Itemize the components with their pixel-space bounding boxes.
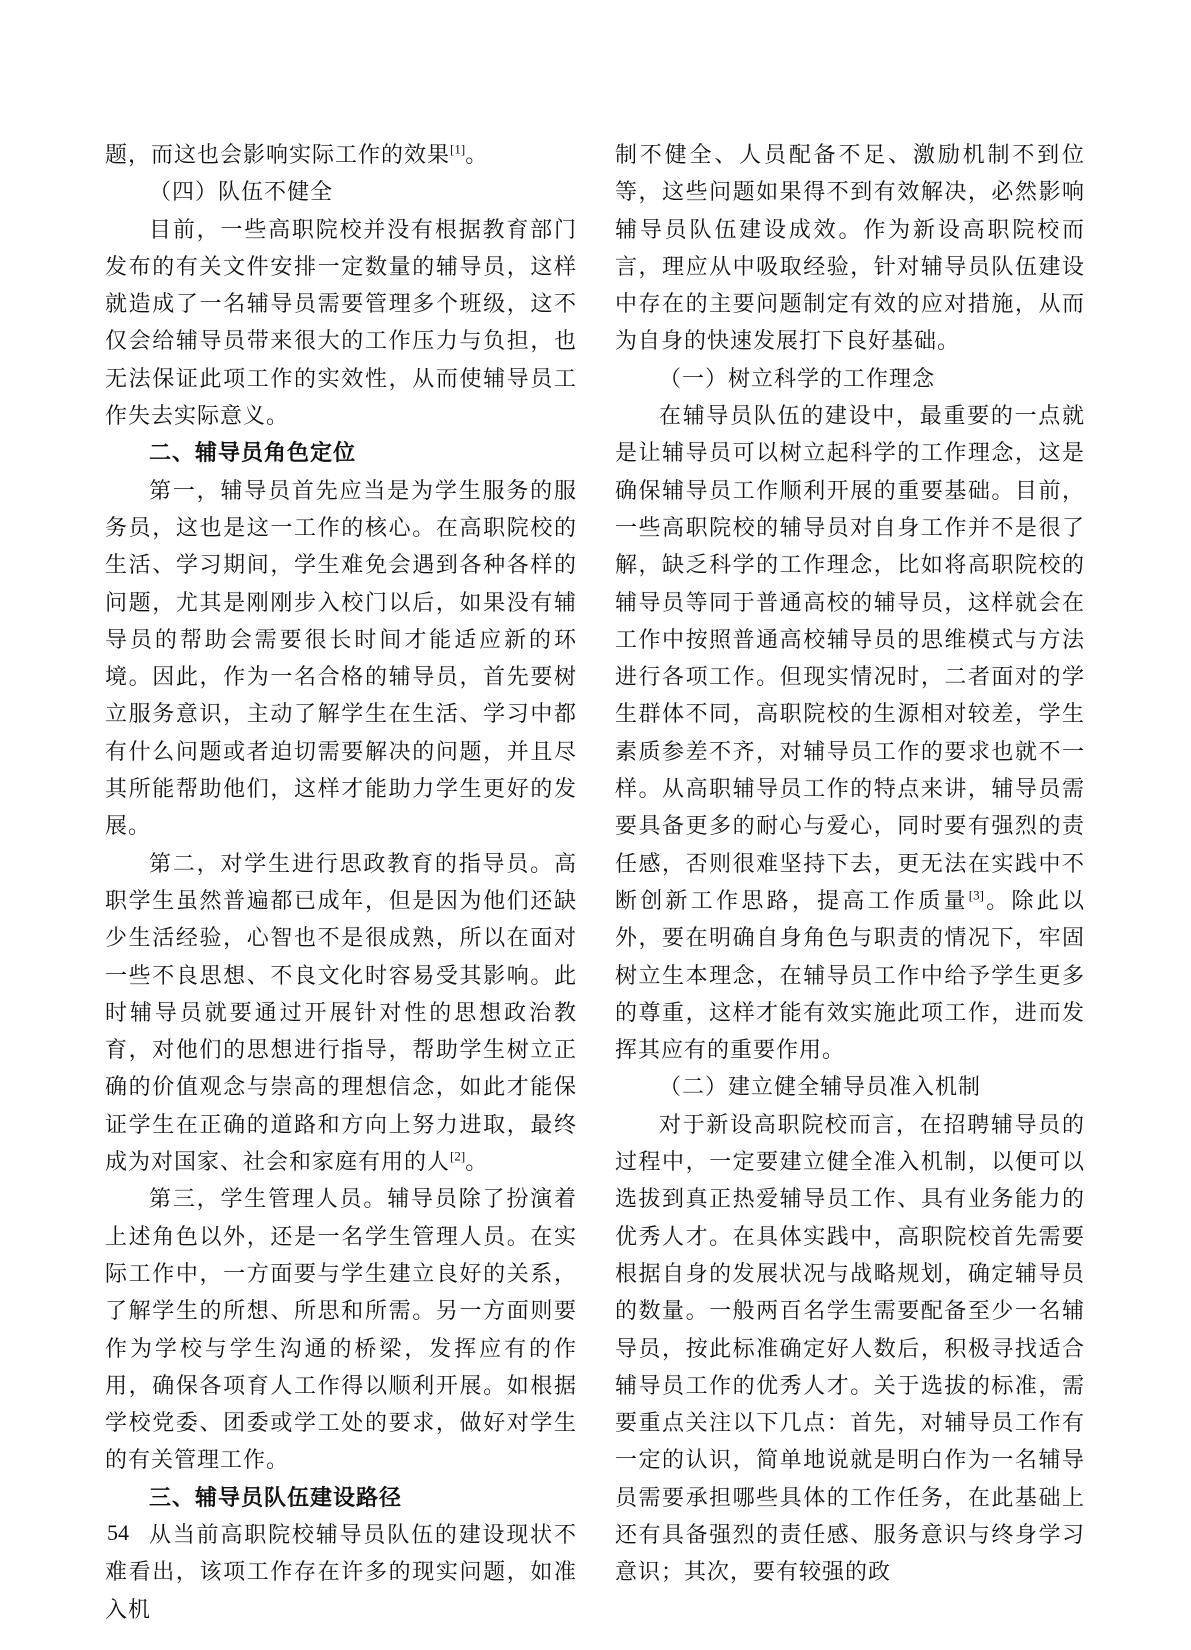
footnote-reference: [3]: [969, 888, 984, 903]
left-column: 题，而这也会影响实际工作的效果[1]。（四）队伍不健全目前，一些高职院校并没有根…: [105, 136, 577, 1628]
subsection-heading: （四）队伍不健全: [105, 173, 577, 210]
section-heading: 二、辅导员角色定位: [105, 434, 577, 471]
article-page: 题，而这也会影响实际工作的效果[1]。（四）队伍不健全目前，一些高职院校并没有根…: [0, 0, 1191, 1650]
footnote-reference: [1]: [450, 142, 465, 157]
subsection-heading: （二）建立健全辅导员准入机制: [615, 1068, 1085, 1105]
paragraph-continuation: 制不健全、人员配备不足、激励机制不到位等，这些问题如果得不到有效解决，必然影响辅…: [615, 136, 1085, 360]
page-number: 54: [107, 1518, 129, 1548]
section-heading: 三、辅导员队伍建设路径: [105, 1479, 577, 1516]
paragraph: 从当前高职院校辅导员队伍的建设现状不难看出，该项工作存在许多的现实问题，如准入机: [105, 1516, 577, 1628]
paragraph: 第二，对学生进行思政教育的指导员。高职学生虽然普遍都已成年，但是因为他们还缺少生…: [105, 845, 577, 1181]
paragraph: 第三，学生管理人员。辅导员除了扮演着上述角色以外，还是一名学生管理人员。在实际工…: [105, 1180, 577, 1478]
paragraph: 对于新设高职院校而言，在招聘辅导员的过程中，一定要建立健全准入机制，以便可以选拔…: [615, 1106, 1085, 1591]
right-column: 制不健全、人员配备不足、激励机制不到位等，这些问题如果得不到有效解决，必然影响辅…: [615, 136, 1085, 1591]
paragraph: 在辅导员队伍的建设中，最重要的一点就是让辅导员可以树立起科学的工作理念，这是确保…: [615, 397, 1085, 1068]
subsection-heading: （一）树立科学的工作理念: [615, 360, 1085, 397]
footnote-reference: [2]: [450, 1149, 465, 1164]
paragraph-continuation: 题，而这也会影响实际工作的效果[1]。: [105, 136, 577, 173]
paragraph: 目前，一些高职院校并没有根据教育部门发布的有关文件安排一定数量的辅导员，这样就造…: [105, 211, 577, 435]
paragraph: 第一，辅导员首先应当是为学生服务的服务员，这也是这一工作的核心。在高职院校的生活…: [105, 472, 577, 845]
